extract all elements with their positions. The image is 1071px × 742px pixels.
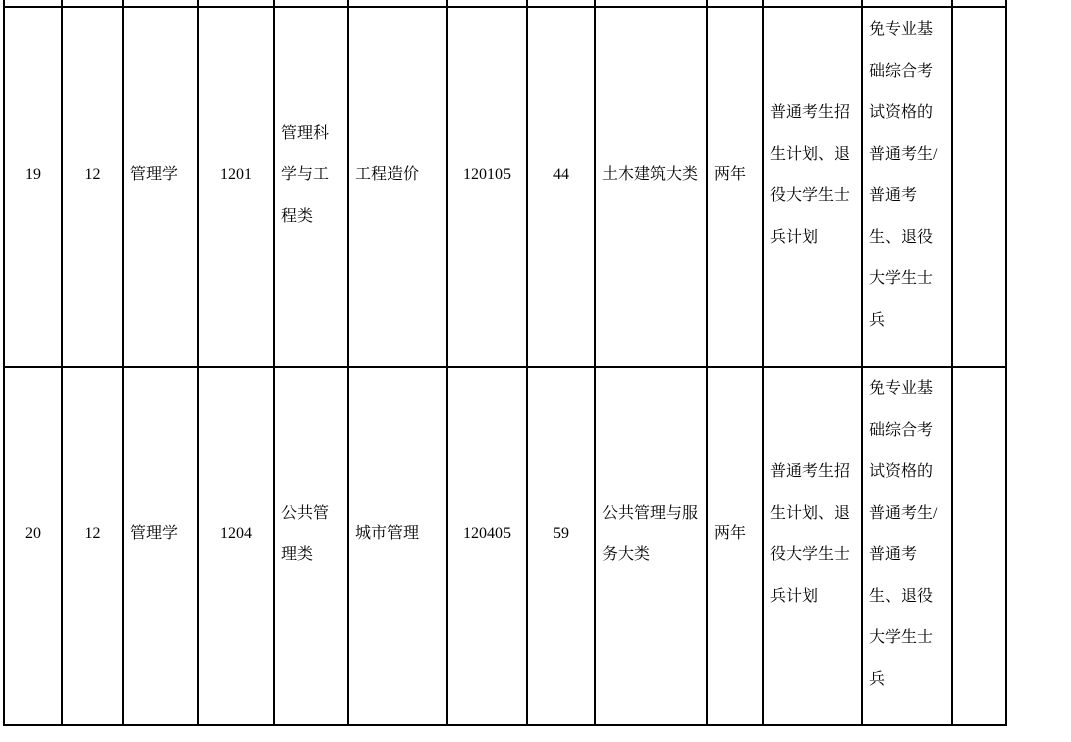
cell-plan-type: 普通考生招生计划、退役大学生士兵计划: [763, 7, 862, 367]
document-page: 19 12 管理学 1201 管理科学与工程类 工程造价 120105 44 土…: [0, 0, 1071, 742]
cell-major-code: 120105: [447, 7, 527, 367]
cell-blank: [952, 367, 1006, 725]
cell-discipline: 管理学: [123, 7, 198, 367]
cell-vocational-category: 公共管理与服务大类: [595, 367, 707, 725]
cut-cell: [274, 0, 348, 7]
cell-quota: 59: [527, 367, 595, 725]
cut-cell: [348, 0, 447, 7]
cell-code: 12: [62, 367, 123, 725]
table-row: 20 12 管理学 1204 公共管理类 城市管理 120405 59 公共管理…: [4, 367, 1006, 725]
table-row: 19 12 管理学 1201 管理科学与工程类 工程造价 120105 44 土…: [4, 7, 1006, 367]
cell-blank: [952, 7, 1006, 367]
cut-cell: [595, 0, 707, 7]
cell-category-code: 1201: [198, 7, 274, 367]
cut-cell: [952, 0, 1006, 7]
cell-quota: 44: [527, 7, 595, 367]
cell-serial: 19: [4, 7, 62, 367]
cut-cell: [447, 0, 527, 7]
cut-cell: [763, 0, 862, 7]
cell-category: 管理科学与工程类: [274, 7, 348, 367]
cell-major-code: 120405: [447, 367, 527, 725]
enrollment-table: 19 12 管理学 1201 管理科学与工程类 工程造价 120105 44 土…: [3, 0, 1007, 726]
cell-major: 城市管理: [348, 367, 447, 725]
cell-major: 工程造价: [348, 7, 447, 367]
cell-category-code: 1204: [198, 367, 274, 725]
cut-cell: [123, 0, 198, 7]
cell-vocational-category: 土木建筑大类: [595, 7, 707, 367]
cell-plan-type: 普通考生招生计划、退役大学生士兵计划: [763, 367, 862, 725]
cell-duration: 两年: [707, 367, 763, 725]
cell-duration: 两年: [707, 7, 763, 367]
cut-cell: [4, 0, 62, 7]
cell-category: 公共管理类: [274, 367, 348, 725]
cut-cell: [62, 0, 123, 7]
cut-cell: [862, 0, 952, 7]
cut-off-row: [4, 0, 1006, 7]
cell-code: 12: [62, 7, 123, 367]
cut-cell: [198, 0, 274, 7]
cut-cell: [527, 0, 595, 7]
cell-exam-note: 免专业基础综合考试资格的普通考生/普通考生、退役大学生士兵: [862, 7, 952, 367]
cell-exam-note: 免专业基础综合考试资格的普通考生/普通考生、退役大学生士兵: [862, 367, 952, 725]
cut-cell: [707, 0, 763, 7]
cell-serial: 20: [4, 367, 62, 725]
cell-discipline: 管理学: [123, 367, 198, 725]
